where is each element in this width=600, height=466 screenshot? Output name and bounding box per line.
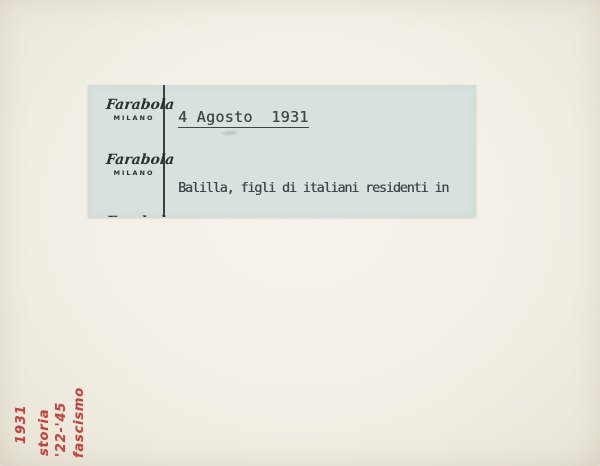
stamp-city: MILANO xyxy=(106,115,162,122)
handwritten-note-period: '22-'45 xyxy=(54,402,70,457)
date-line: 4 Agosto 1931 xyxy=(178,109,309,128)
smudge-mark xyxy=(222,130,237,135)
handwritten-note-year: 1931 xyxy=(14,405,30,444)
handwritten-note-topic: fascismo xyxy=(72,387,88,458)
farabola-stamp-clipped: Farabola xyxy=(106,211,162,217)
caption-label: Farabola MILANO Farabola MILANO Farabola… xyxy=(88,85,476,217)
farabola-stamp: Farabola MILANO xyxy=(106,149,162,177)
caption-text: Balilla, figli di italiani residenti in … xyxy=(178,143,448,217)
photo-back-scan: Farabola MILANO Farabola MILANO Farabola… xyxy=(0,0,600,466)
handwritten-note-category: storia xyxy=(37,409,53,456)
caption-line: Balilla, figli di italiani residenti in xyxy=(178,179,448,197)
stamp-city: MILANO xyxy=(106,170,162,177)
label-divider-line xyxy=(163,85,165,217)
farabola-stamp: Farabola MILANO xyxy=(106,94,162,122)
